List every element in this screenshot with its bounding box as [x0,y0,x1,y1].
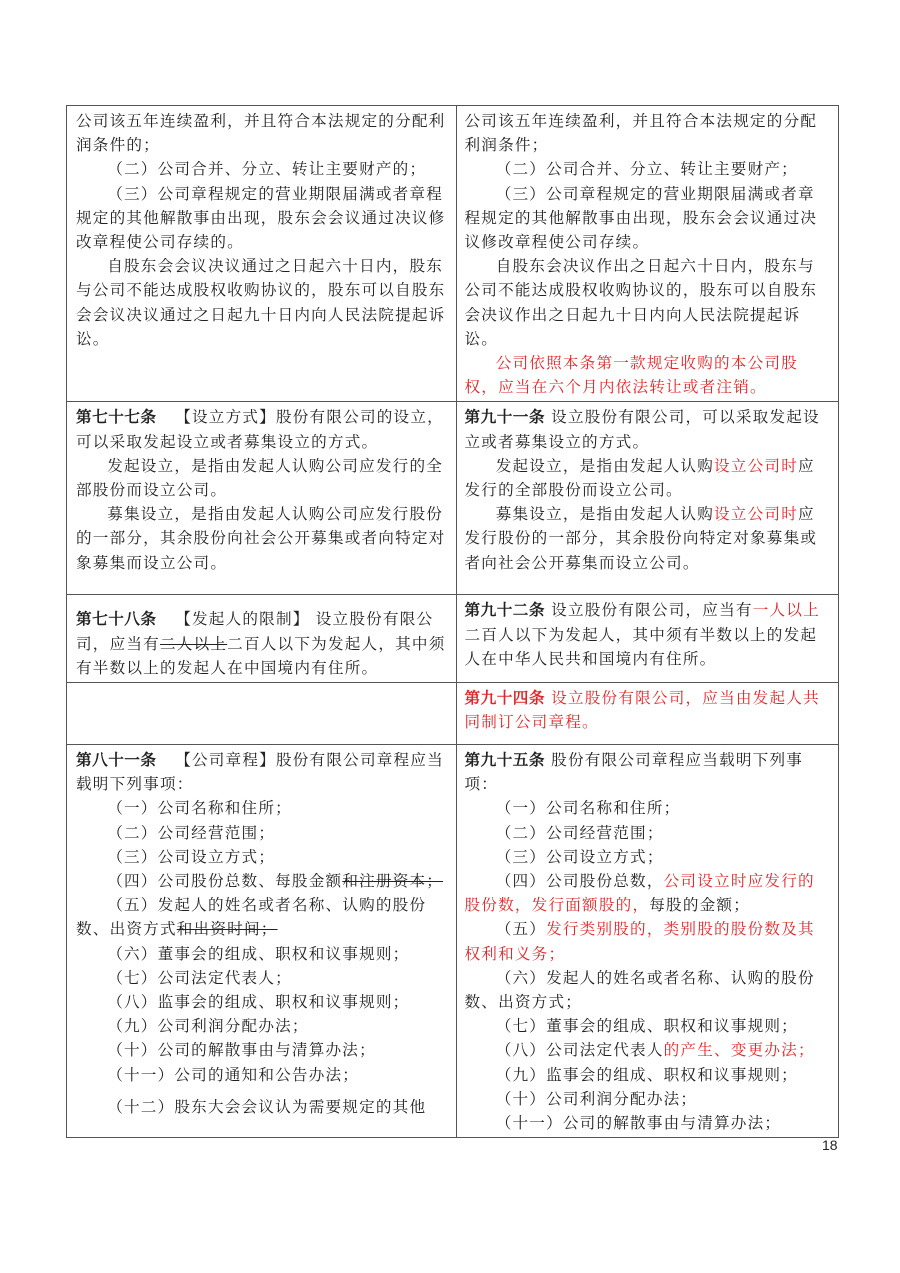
table-row: 第八十一条【公司章程】股份有限公司章程应当载明下列事项： （一）公司名称和住所；… [67,745,839,1138]
page-number: 18 [822,1137,838,1153]
list-item: （六）发起人的姓名或者名称、认购的股份数、出资方式； [465,966,832,1014]
paragraph: 发起设立，是指由发起人认购设立公司时应发行的全部股份而设立公司。 [465,454,832,502]
paragraph: 发起设立，是指由发起人认购公司应发行的全部股份而设立公司。 [76,454,449,502]
text: 募集设立，是指由发起人认购 [496,505,714,523]
paragraph: 自股东会决议作出之日起六十日内，股东与公司不能达成股权收购协议的，股东可以自股东… [465,254,832,351]
text: 发起设立，是指由发起人认购 [496,457,714,475]
new-law-cell: 公司该五年连续盈利，并且符合本法规定的分配利润条件； （二）公司合并、分立、转让… [456,106,839,402]
list-item: （十）公司利润分配办法； [465,1087,832,1111]
article-number: 第九十一条 [465,408,545,426]
article-number: 第九十四条 [465,689,545,707]
paragraph: 第九十二条 设立股份有限公司，应当有一人以上二百人以下为发起人，其中须有半数以上… [465,598,832,671]
old-law-cell: 第七十七条【设立方式】股份有限公司的设立，可以采取发起设立或者募集设立的方式。 … [67,402,457,595]
article-heading: 【发起人的限制】 [175,610,309,628]
table-row: 第七十七条【设立方式】股份有限公司的设立，可以采取发起设立或者募集设立的方式。 … [67,402,839,595]
added-text: 的产生、变更办法； [664,1041,815,1059]
article-number: 第七十七条 [76,408,156,426]
list-item: （八）公司法定代表人的产生、变更办法； [465,1038,832,1062]
paragraph: 募集设立，是指由发起人认购公司应发行股份的一部分，其余股份向社会公开募集或者向特… [76,502,449,575]
paragraph: 公司该五年连续盈利，并且符合本法规定的分配利润条件的； [76,109,449,157]
list-item: （五）发起人的姓名或者名称、认购的股份数、出资方式和出资时间； [76,893,449,941]
paragraph: 第八十一条【公司章程】股份有限公司章程应当载明下列事项： [76,748,449,796]
text: （四）公司股份总数， [496,872,664,890]
added-text: 设立公司时 [714,505,798,523]
list-item: （十一）公司的通知和公告办法； [76,1063,449,1087]
table-row: 第七十八条【发起人的限制】 设立股份有限公司，应当有二人以上二百人以下为发起人，… [67,595,839,683]
added-text: 设立公司时 [714,457,798,475]
list-item: （六）董事会的组成、职权和议事规则； [76,942,449,966]
table-row: 公司该五年连续盈利，并且符合本法规定的分配利润条件的； （二）公司合并、分立、转… [67,106,839,402]
paragraph: 第九十一条 设立股份有限公司，可以采取发起设立或者募集设立的方式。 [465,405,832,453]
list-item: （三）公司设立方式； [465,845,832,869]
text: （五） [496,920,546,938]
list-item: （四）公司股份总数、每股金额和注册资本； [76,869,449,893]
paragraph: 第七十七条【设立方式】股份有限公司的设立，可以采取发起设立或者募集设立的方式。 [76,405,449,453]
list-item: （十二）股东大会会议认为需要规定的其他 [76,1095,449,1119]
document-page: 公司该五年连续盈利，并且符合本法规定的分配利润条件的； （二）公司合并、分立、转… [0,0,900,1273]
list-item: （一）公司名称和住所； [465,796,832,820]
list-item: （八）监事会的组成、职权和议事规则； [76,990,449,1014]
article-number: 第九十五条 [465,751,545,769]
old-law-cell-empty [67,683,457,745]
added-paragraph: 公司依照本条第一款规定收购的本公司股权，应当在六个月内依法转让或者注销。 [465,351,832,399]
deleted-text: 和注册资本； [342,872,443,890]
paragraph: 公司该五年连续盈利，并且符合本法规定的分配利润条件； [465,109,832,157]
new-law-cell: 第九十四条 设立股份有限公司，应当由发起人共同制订公司章程。 [456,683,839,745]
text: 设立股份有限公司，应当有 [551,601,753,619]
paragraph: 募集设立，是指由发起人认购设立公司时应发行股份的一部分，其余股份向特定对象募集或… [465,502,832,575]
list-item: （二）公司经营范围； [465,821,832,845]
paragraph: （三）公司章程规定的营业期限届满或者章程规定的其他解散事由出现，股东会会议通过决… [76,182,449,255]
old-law-cell: 第七十八条【发起人的限制】 设立股份有限公司，应当有二人以上二百人以下为发起人，… [67,595,457,683]
deleted-text: 二人以上 [160,635,227,653]
paragraph: （二）公司合并、分立、转让主要财产； [465,157,832,181]
paragraph: 自股东会会议决议通过之日起六十日内，股东与公司不能达成股权收购协议的，股东可以自… [76,254,449,351]
text: 每股的金额； [649,896,750,914]
article-number: 第八十一条 [76,751,156,769]
list-item: （十）公司的解散事由与清算办法； [76,1038,449,1062]
paragraph: 第七十八条【发起人的限制】 设立股份有限公司，应当有二人以上二百人以下为发起人，… [76,607,449,680]
new-law-cell: 第九十二条 设立股份有限公司，应当有一人以上二百人以下为发起人，其中须有半数以上… [456,595,839,683]
text: （八）公司法定代表人 [496,1041,664,1059]
list-item: （五）发行类别股的，类别股的股份数及其权利和义务； [465,917,832,965]
list-item: （九）监事会的组成、职权和议事规则； [465,1063,832,1087]
old-law-cell: 公司该五年连续盈利，并且符合本法规定的分配利润条件的； （二）公司合并、分立、转… [67,106,457,402]
law-comparison-table: 公司该五年连续盈利，并且符合本法规定的分配利润条件的； （二）公司合并、分立、转… [66,105,839,1138]
article-heading: 【公司章程】 [175,751,276,769]
list-item: （四）公司股份总数，公司设立时应发行的股份数，发行面额股的，每股的金额； [465,869,832,917]
text: 二百人以下为发起人，其中须有半数以上的发起人在中华人民共和国境内有住所。 [465,626,818,668]
added-text: 一人以上 [753,601,820,619]
list-item: （二）公司经营范围； [76,821,449,845]
list-item: （七）公司法定代表人； [76,966,449,990]
new-law-cell: 第九十五条 股份有限公司章程应当载明下列事项： （一）公司名称和住所； （二）公… [456,745,839,1138]
article-number: 第九十二条 [465,601,545,619]
old-law-cell: 第八十一条【公司章程】股份有限公司章程应当载明下列事项： （一）公司名称和住所；… [67,745,457,1138]
list-item: （三）公司设立方式； [76,845,449,869]
article-number: 第七十八条 [76,610,156,628]
list-item: （十一）公司的解散事由与清算办法； [465,1111,832,1135]
new-law-cell: 第九十一条 设立股份有限公司，可以采取发起设立或者募集设立的方式。 发起设立，是… [456,402,839,595]
list-item: （一）公司名称和住所； [76,796,449,820]
text: （四）公司股份总数、每股金额 [107,872,342,890]
list-item: （七）董事会的组成、职权和议事规则； [465,1014,832,1038]
paragraph: （三）公司章程规定的营业期限届满或者章程规定的其他解散事由出现，股东会会议通过决… [465,182,832,255]
table-row: 第九十四条 设立股份有限公司，应当由发起人共同制订公司章程。 [67,683,839,745]
deleted-text: 和出资时间； [177,920,278,938]
list-item: （九）公司利润分配办法； [76,1014,449,1038]
added-paragraph: 第九十四条 设立股份有限公司，应当由发起人共同制订公司章程。 [465,686,832,734]
paragraph: （二）公司合并、分立、转让主要财产的； [76,157,449,181]
article-heading: 【设立方式】 [175,408,276,426]
paragraph: 第九十五条 股份有限公司章程应当载明下列事项： [465,748,832,796]
